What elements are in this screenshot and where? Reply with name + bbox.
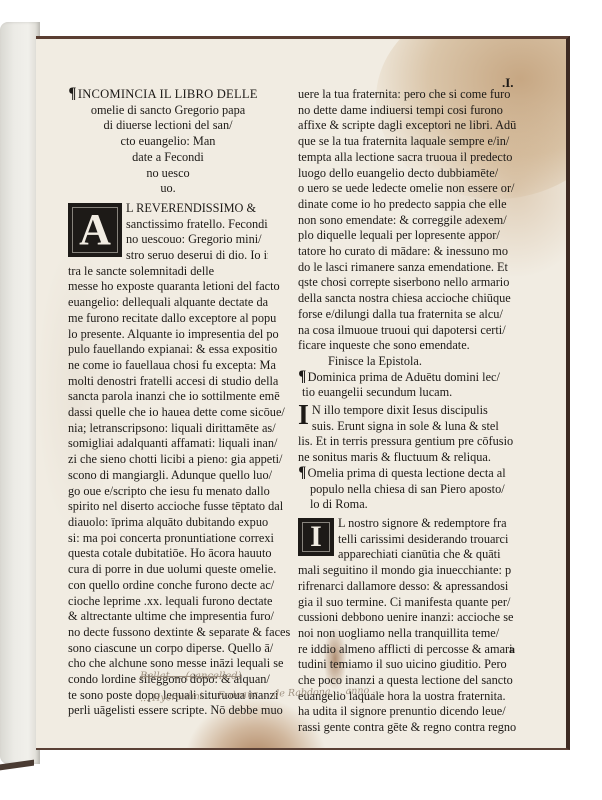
body-line: spirito nel diserto accioche fusse tēpta… — [68, 499, 268, 515]
body-line: della sancta nostra chiesa accioche chiū… — [298, 291, 508, 307]
body-line: sono ciascune un corpo diperse. Quello ā… — [68, 641, 268, 657]
body-line: euangelio: dellequali alquante dectate d… — [68, 295, 268, 311]
rubric-heading: populo nella chiesa di san Piero aposto/ — [298, 482, 508, 498]
title-line-2: omelie di sancto Gregorio papa — [68, 103, 268, 119]
body-line: uere la tua fraternita: pero che si come… — [298, 87, 508, 103]
body-line: molti denostri fratelli accesi di studio… — [68, 374, 268, 390]
body-line: ne come io fauellaua chosi fu excepta: M… — [68, 358, 268, 374]
initial-i: I — [298, 403, 309, 429]
epistle-explicit: Finisce la Epistola. — [298, 354, 508, 370]
homily-line: gia il suo termine. Ci manifesta quante … — [298, 595, 508, 611]
rubric-heading: ¶Dominica prima de Aduētu domini lec/ — [298, 370, 508, 386]
intro-line: tra le sancte solemnitadi delle — [68, 264, 268, 280]
facing-page-edge — [0, 22, 40, 764]
homily-line: ha udita il signore prenuntio dicendo le… — [298, 704, 508, 720]
opening-paragraph: A L REVERENDISSIMO & sanctissimo fratell… — [68, 201, 268, 280]
body-line: tatore ho curato di mādare: & inessuno m… — [298, 244, 508, 260]
body-line: questa cotale dubitatiōe. Ho ācora hauut… — [68, 546, 268, 562]
homily-line: rassi gente contra gēte & regno contra r… — [298, 720, 508, 736]
homily-line: rifrenarci dallamore desso: & apressando… — [298, 579, 508, 595]
gospel-line: suis. Erunt signa in sole & luna & stel — [298, 419, 508, 435]
body-line: lo presente. Alquante io impresentia del… — [68, 327, 268, 343]
body-line: na cosa ilmuoue truoui qui dapotersi cer… — [298, 323, 508, 339]
incunable-page: .I. ¶INCOMINCIA IL LIBRO DELLE omelie di… — [36, 36, 570, 750]
body-line: affixe & scripte dagli exceptori ne libr… — [298, 118, 508, 134]
title-line-3: di diuerse lectioni del san/ — [68, 118, 268, 134]
body-line: do le lasci rimanere sanza emendatione. … — [298, 260, 508, 276]
body-line: que se la tua fraternita laquale sempre … — [298, 134, 508, 150]
body-line: go oue e/scripto che iesu fu menato dall… — [68, 484, 268, 500]
body-line: messe ho exposte quaranta letioni del fa… — [68, 279, 268, 295]
body-line: forse e/dilungi dalla tua fraternita se … — [298, 307, 508, 323]
body-line: & altrectante ultime che impresentia fur… — [68, 609, 268, 625]
body-line: ficare inqueste che sono emendate. — [298, 338, 508, 354]
homily-line: tudini temiamo il suo uicino giuditio. P… — [298, 657, 508, 673]
body-line: cioche leprime .xx. lequali furono decta… — [68, 594, 268, 610]
title-line-7: uo. — [68, 181, 268, 197]
body-line: luogo dello euangelio decto dubbiamēte/ — [298, 166, 508, 182]
gospel-line: lis. Et in terris pressura gentium pre c… — [298, 434, 508, 450]
paragraph-mark-icon: ¶ — [68, 88, 76, 100]
rubric-heading: tio euangelii secundum lucam. — [298, 385, 508, 401]
body-line: diauolo: īprima alquāto dubitando expuo — [68, 515, 268, 531]
right-column: uere la tua fraternita: pero che si come… — [298, 87, 508, 736]
body-line: scono di mangiargli. Adunque quello luo/ — [68, 468, 268, 484]
rubric-heading: lo di Roma. — [298, 497, 508, 513]
homily-paragraph: I L nostro signore & redemptore fra tell… — [298, 516, 508, 563]
gospel-paragraph: I N illo tempore dixit Iesus discipulis … — [298, 403, 508, 434]
homily-line: noi non uogliamo nella tranquillita teme… — [298, 626, 508, 642]
body-line: pulo fauellando expianai: & essa exposit… — [68, 342, 268, 358]
body-line: perli uāgelisti essere scripte. Nō debbe… — [68, 703, 268, 719]
gospel-line: N illo tempore dixit Iesus discipulis — [298, 403, 508, 419]
body-line: no dette dame indiuersi tempi cosi furon… — [298, 103, 508, 119]
body-line: dassi quelle che io hauea dette come sic… — [68, 405, 268, 421]
homily-line: re iddio almeno afflicti di percosse & a… — [298, 642, 508, 658]
body-line: qste chosi correpte siserbono nello arma… — [298, 275, 508, 291]
body-line: con quello ordine conche furono decte ac… — [68, 578, 268, 594]
woodcut-initial-i: I — [298, 518, 334, 556]
marginal-inscription-cancelled: Bellat ... (cancelled) — [140, 671, 242, 682]
homily-line: mali seguitino il mondo gia inuecchiante… — [298, 563, 508, 579]
body-line: si: ma poi concerta pronuntiatione corre… — [68, 531, 268, 547]
body-line: no decte fussono dextinte & separate & f… — [68, 625, 268, 641]
body-line: nia; letranscripsono: liquali dirittamēt… — [68, 421, 268, 437]
body-line: me furono recitate dallo exceptore al po… — [68, 311, 268, 327]
body-line: o uero se uede ledecte omelie non essere… — [298, 181, 508, 197]
body-line: cura di porre in due uolumi queste omeli… — [68, 562, 268, 578]
body-line: cho che alchune sono messe ināzi lequali… — [68, 656, 268, 672]
body-line: sancta parola inanzi che io sottilmente … — [68, 389, 268, 405]
title-line-1: ¶INCOMINCIA IL LIBRO DELLE — [68, 87, 268, 103]
body-line: zi che sieno chotti licibi a pieno: gia … — [68, 452, 268, 468]
body-line: tempta alla lectione sacra truoua il pre… — [298, 150, 508, 166]
homily-line: cussioni debbono uenire inanzi: accioche… — [298, 610, 508, 626]
gospel-line: ne sonitus maris & fluctuum & reliqua. — [298, 450, 508, 466]
paragraph-mark-icon: ¶ — [298, 467, 306, 479]
signature-mark: a — [509, 642, 515, 657]
title-line-4: cto euangelio: Man — [68, 134, 268, 150]
title-line-6: no uesco — [68, 166, 268, 182]
body-line: somigliai adalquanti affamati: liquali i… — [68, 436, 268, 452]
woodcut-initial-a: A — [68, 203, 122, 257]
left-column: ¶INCOMINCIA IL LIBRO DELLE omelie di san… — [68, 87, 268, 719]
rubric-heading: ¶Omelia prima di questa lectione decta a… — [298, 466, 508, 482]
body-line: plo diquelle lequali per lopresente appo… — [298, 228, 508, 244]
paragraph-mark-icon: ¶ — [298, 371, 306, 383]
body-line: dinate come io ho predecto sappia che el… — [298, 197, 508, 213]
body-line: non sono emendate: & correggile adexem/ — [298, 213, 508, 229]
title-line-5: date a Fecondi — [68, 150, 268, 166]
